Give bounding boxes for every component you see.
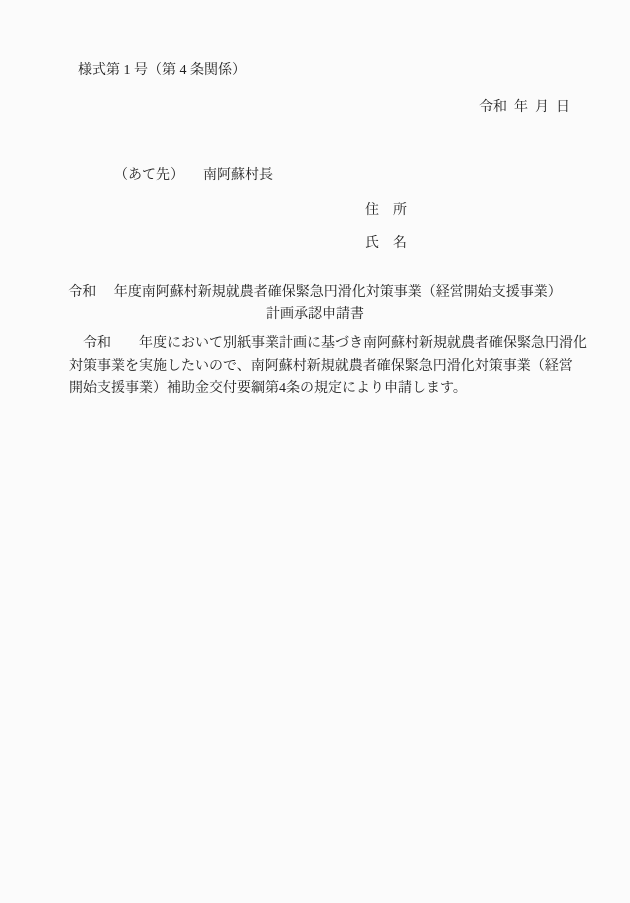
addressee-name: 南阿蘇村長 <box>203 168 273 183</box>
addressee-line: （あて先）南阿蘇村長 <box>100 149 273 203</box>
body-paragraph: 令和 年度において別紙事業計画に基づき南阿蘇村新規就農者確保緊急円滑化 対策事業… <box>69 333 579 401</box>
paragraph-line-1: 令和 年度において別紙事業計画に基づき南阿蘇村新規就農者確保緊急円滑化 <box>69 333 579 356</box>
document-title: 令和 年度南阿蘇村新規就農者確保緊急円滑化対策事業（経営開始支援事業） 計画承認… <box>0 282 630 326</box>
addressee-label: （あて先） <box>114 168 184 183</box>
name-label: 氏 名 <box>365 235 407 253</box>
paragraph-line-2: 対策事業を実施したいので、南阿蘇村新規就農者確保緊急円滑化対策事業（経営 <box>69 356 579 379</box>
document-page: 様式第 1 号（第 4 条関係） 令和 年 月 日 （あて先）南阿蘇村長 住 所… <box>0 0 630 903</box>
form-number: 様式第 1 号（第 4 条関係） <box>78 62 246 80</box>
document-title-line-2: 計画承認申請書 <box>0 304 630 326</box>
date-line: 令和 年 月 日 <box>0 99 570 117</box>
document-title-line-1: 令和 年度南阿蘇村新規就農者確保緊急円滑化対策事業（経営開始支援事業） <box>0 282 630 304</box>
paragraph-line-3: 開始支援事業）補助金交付要綱第4条の規定により申請します。 <box>69 378 579 401</box>
address-label: 住 所 <box>365 202 407 220</box>
